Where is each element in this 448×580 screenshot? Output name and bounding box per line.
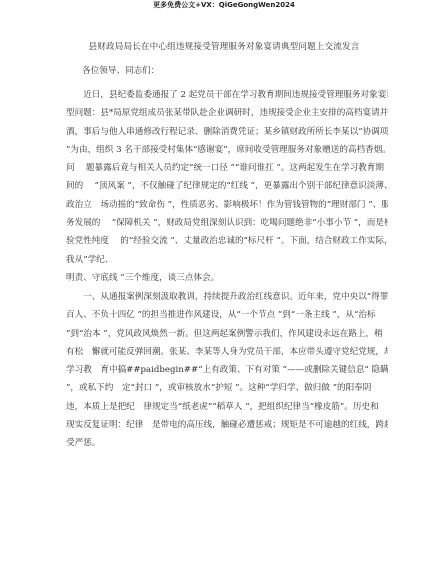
- text-line: 务发展的 “保障机关 ”，财政局党组深刻认识到：吃喝问题绝非“小事小节 ”，而是…: [66, 214, 388, 232]
- text-line: 验党性纯度 的“经验交流 ”、丈量政治忠诚的“标尺杆 ”。下面，结合财政工作实际…: [66, 232, 388, 250]
- text-line: 近日，县纪委监委通报了 2 起党员干部在学习教育期间违规接受管理服务对象宴请典: [66, 86, 388, 104]
- page-header-watermark: 更多免费公文+VX：QiGeGongWen2024: [0, 1, 448, 10]
- text-line: 违，本质上是把纪 律规定当“纸老虎”“稻草人 ”，把组织纪律当“橡皮筋”。历史和: [66, 398, 388, 416]
- text-line: 政治立 场动摇的“致命伤 ”，性质恶劣、影响极坏！作为管钱管物的“理财部门 ”、…: [66, 196, 388, 214]
- text-line: 受严惩。: [66, 434, 388, 452]
- text-line: 一、从通报案例深刻汲取教训，持续提升政治红线意识。近年来，党中央以“得罪千: [66, 288, 388, 306]
- text-line: 我从“学纪、: [66, 251, 388, 269]
- text-line: 酒，事后与他人串通修改行程记录、删除消费凭证；某乡镇财政所所长李某以“协调项目: [66, 123, 388, 141]
- text-line: 有松 懈就可能反弹回潮。张某、李某等人身为党员干部，本应带头遵守党纪党规，却在: [66, 343, 388, 361]
- text-line: 型问题：县*局原党组成员张某带队赴企业调研时，违规接受企业主安排的高档宴请并饮: [66, 104, 388, 122]
- text-line: 学习教 育中搞##paidbegin##“上有政策、下有对策 ”——或删除关键信…: [66, 361, 388, 379]
- text-line: ”为由，组织 3 名干部接受村集体“感谢宴”，席间收受管理服务对象赠送的高档香烟…: [66, 141, 388, 159]
- text-line: 间的 “顶风案 ”，不仅触碰了纪律规定的“红线 ”，更暴露出个别干部纪律意识淡薄…: [66, 177, 388, 195]
- greeting: 各位领导、同志们：: [82, 66, 159, 77]
- text-line: 现实反复证明：纪律 是带电的高压线，触碰必遭惩戒；规矩是不可逾越的红线，跨越必: [66, 416, 388, 434]
- text-line: 明责、守底线 ”三个维度，谈三点体会。: [66, 269, 388, 287]
- text-line: 问 题暴露后竟与相关人员约定“统一口径 ”“谁问谁扛 ”。这两起发生在学习教育期: [66, 159, 388, 177]
- text-line: 百人、不负十四亿 ”的担当推进作风建设，从“一个节点 ”到“一条主线 ”，从“治…: [66, 306, 388, 324]
- paragraph-intro: 近日，县纪委监委通报了 2 起党员干部在学习教育期间违规接受管理服务对象宴请典 …: [66, 86, 388, 287]
- text-line: ”，或私下约 定“封口 ”，或审核放水“护短 ”。这种“学归学、做归做 ”的阳奉…: [66, 379, 388, 397]
- document-title: 县财政局局长在中心组违规接受管理服务对象宴请典型问题上交流发言: [0, 42, 448, 53]
- text-line: ”到“治本 ”，党风政风焕然一新。但这两起案例警示我们，作风建设永远在路上，稍: [66, 325, 388, 343]
- paragraph-section-one: 一、从通报案例深刻汲取教训，持续提升政治红线意识。近年来，党中央以“得罪千 百人…: [66, 288, 388, 453]
